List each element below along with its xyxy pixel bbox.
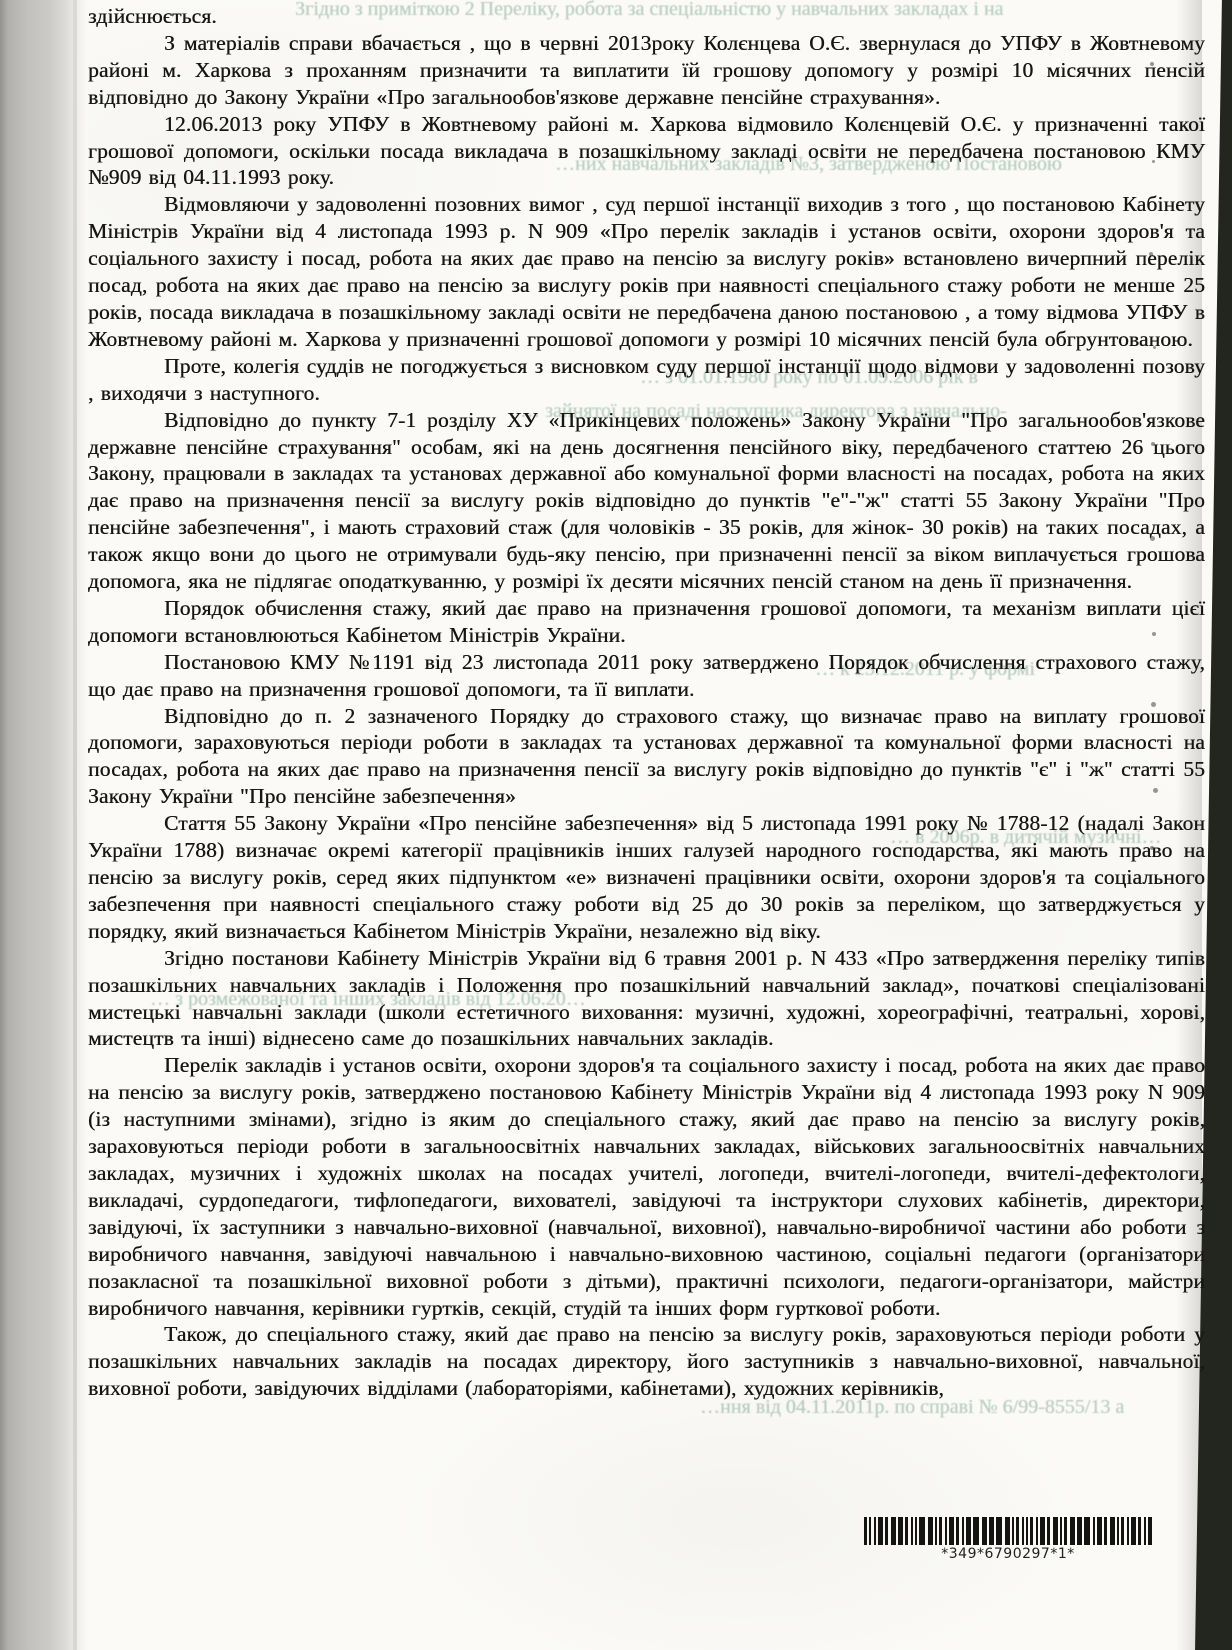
scan-speck (1149, 252, 1153, 256)
paragraph-5: Відповідно до пункту 7-1 розділу ХУ «При… (88, 407, 1205, 595)
barcode-label: *349*6790297*1* (852, 1546, 1164, 1562)
barcode-bars (852, 1517, 1164, 1545)
scan-speck (1152, 632, 1156, 636)
paragraph-9: Стаття 55 Закону України «Про пенсійне з… (88, 810, 1205, 945)
paragraph-3: Відмовляючи у задоволенні позовних вимог… (88, 191, 1205, 352)
page-fold-crease (73, 0, 77, 1650)
scan-speck (1150, 846, 1154, 850)
scan-speck (1151, 442, 1155, 446)
paragraph-0: здійснюється. (88, 3, 1205, 30)
scan-speck (1151, 702, 1156, 707)
paragraph-6: Порядок обчислення стажу, який дає право… (88, 595, 1205, 649)
scan-speck (1153, 788, 1158, 793)
scanned-page: { "page": { "background": "#fbfaf7", "in… (0, 0, 1232, 1650)
scan-speck (1150, 62, 1154, 66)
paragraph-12: Також, до спеціального стажу, який дає п… (88, 1321, 1205, 1402)
paragraph-4: Проте, колегія суддів не погоджується з … (88, 353, 1205, 407)
paragraph-8: Відповідно до п. 2 зазначеного Порядку д… (88, 703, 1205, 811)
scan-speck (1153, 346, 1156, 349)
paragraph-7: Постановою КМУ №1191 від 23 листопада 20… (88, 649, 1205, 703)
scan-speck (1150, 536, 1155, 541)
paragraph-2: 12.06.2013 року УПФУ в Жовтневому районі… (88, 111, 1205, 192)
paragraph-10: Згідно постанови Кабінету Міністрів Укра… (88, 945, 1205, 1053)
barcode: *349*6790297*1* (852, 1517, 1164, 1562)
paragraph-11: Перелік закладів і установ освіти, охоро… (88, 1052, 1205, 1321)
scan-speck (1152, 160, 1155, 163)
document-body: здійснюється. З матеріалів справи вбачає… (88, 3, 1205, 1402)
paragraph-1: З матеріалів справи вбачається , що в че… (88, 30, 1205, 111)
